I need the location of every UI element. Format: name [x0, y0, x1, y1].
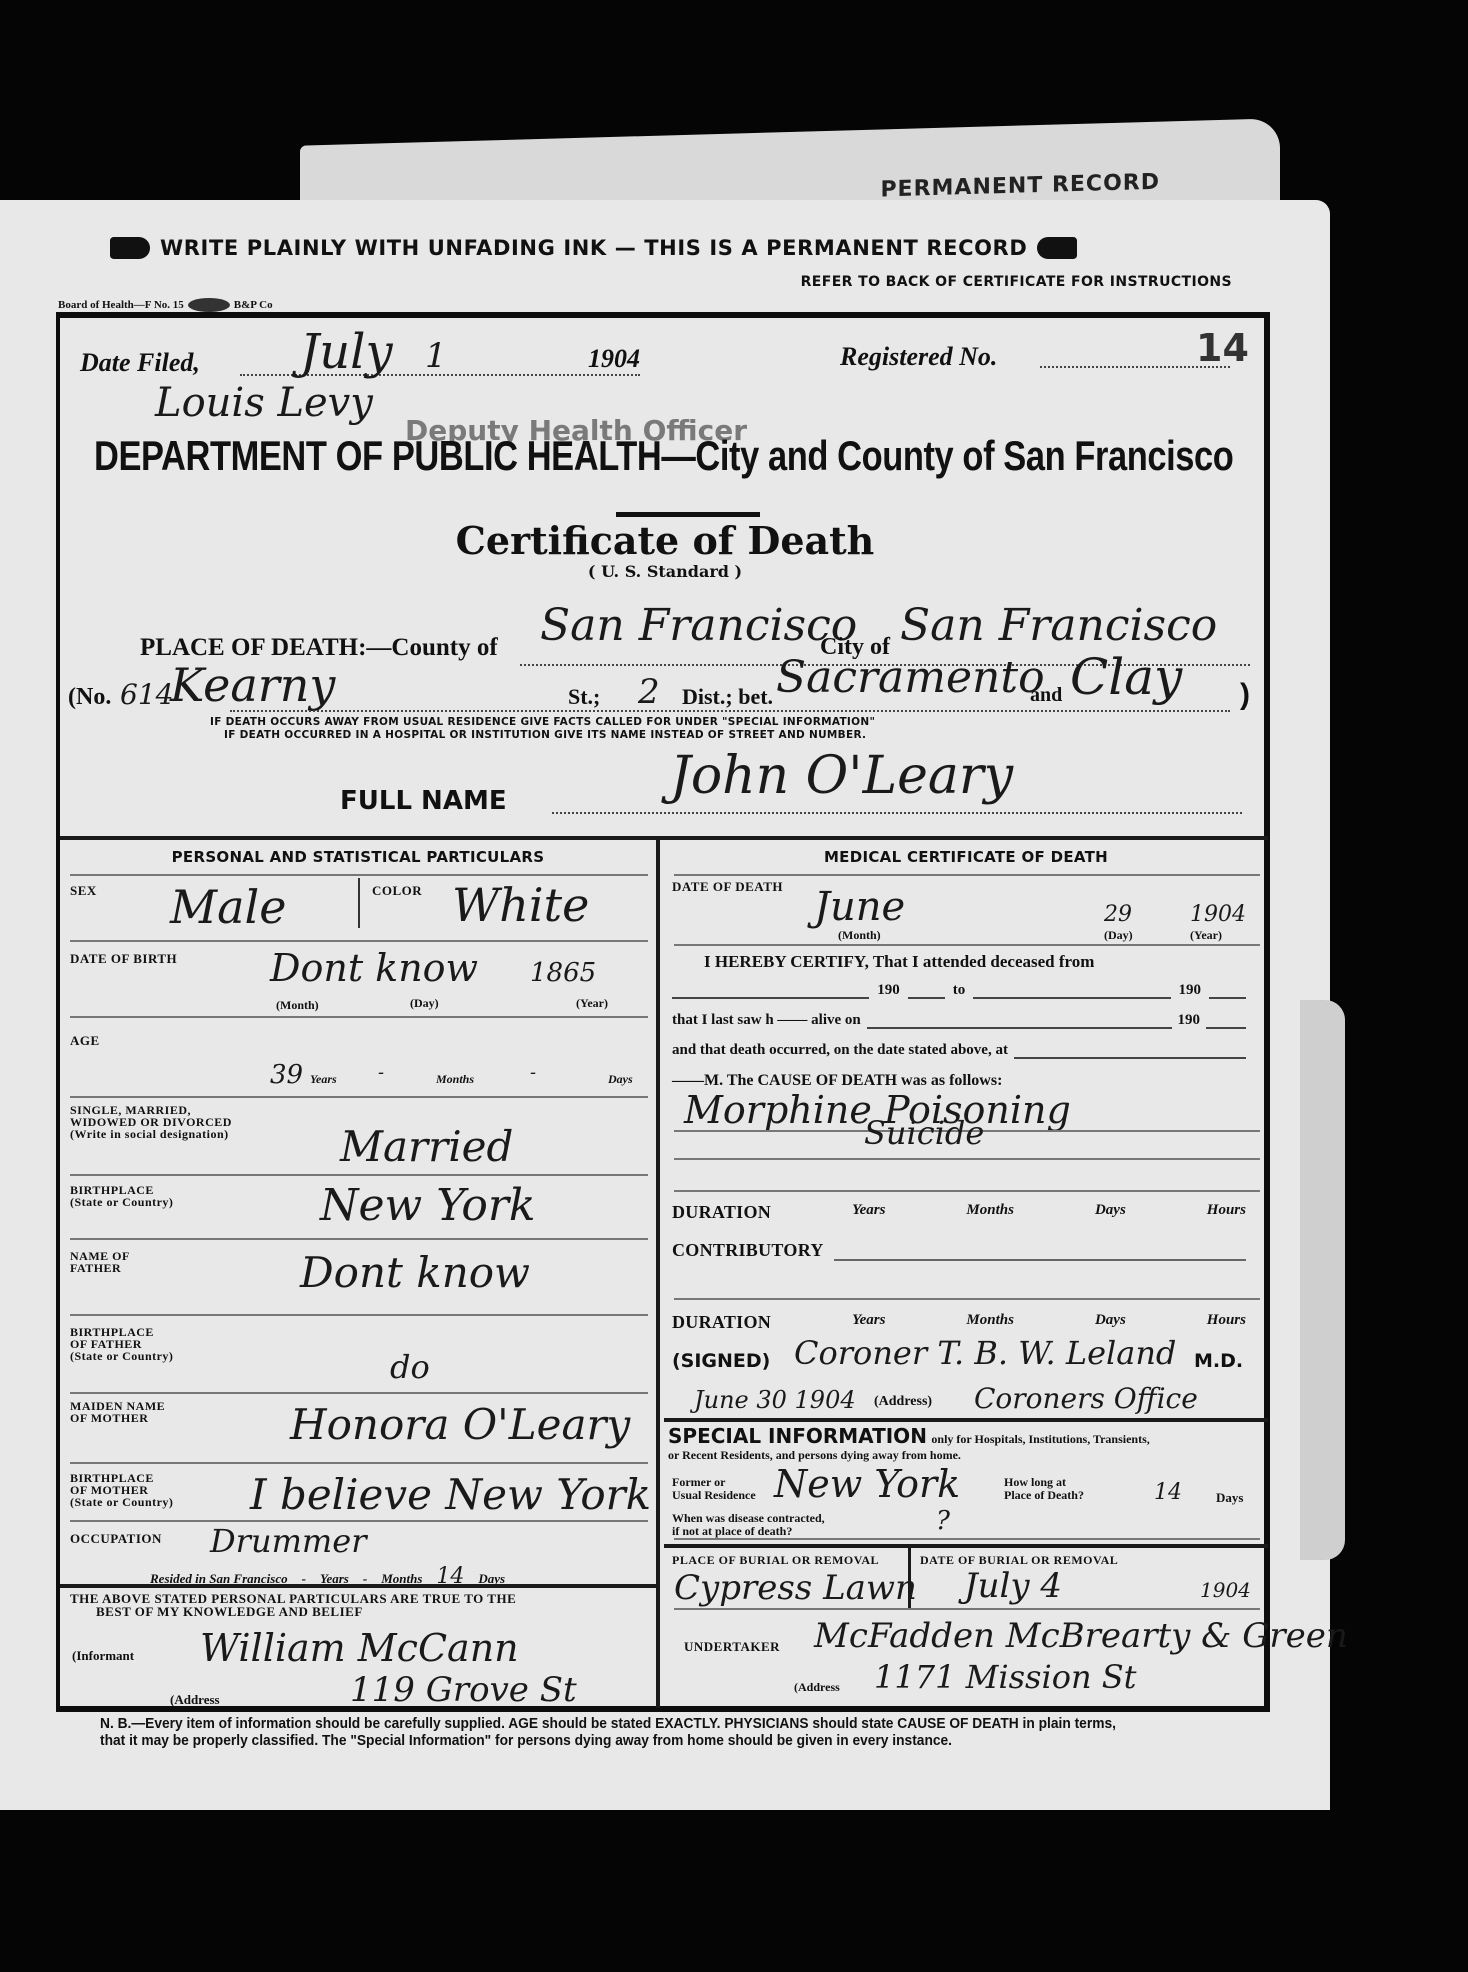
signed-date: June 30 1904: [694, 1386, 856, 1414]
row-divider: [70, 1174, 648, 1176]
how-long-unit: Days: [1216, 1490, 1243, 1506]
contracted-label-line: if not at place of death?: [672, 1525, 825, 1538]
contracted-label: When was disease contracted, if not at p…: [672, 1512, 825, 1538]
personal-heading: PERSONAL AND STATISTICAL PARTICULARS: [60, 848, 656, 866]
sex-value: Male: [170, 880, 286, 934]
row-divider: [674, 1158, 1260, 1160]
special-heading: SPECIAL INFORMATION only for Hospitals, …: [668, 1424, 1264, 1463]
cross-street-1: Sacramento: [776, 652, 1045, 703]
birthplace-label-line: (State or Country): [70, 1196, 173, 1208]
department-title: DEPARTMENT OF PUBLIC HEALTH—City and Cou…: [94, 432, 1037, 480]
father-birthplace-label: BIRTHPLACE OF FATHER (State or Country): [70, 1326, 173, 1362]
father-name-value: Dont know: [300, 1248, 530, 1297]
street-label: St.;: [568, 684, 600, 710]
certificate-title: Certificate of Death: [60, 518, 1270, 563]
age-months: -: [378, 1062, 384, 1083]
duration-days: Days: [1095, 1312, 1126, 1333]
address-note-line-2: IF DEATH OCCURRED IN A HOSPITAL OR INSTI…: [210, 729, 1150, 742]
birthplace-value: New York: [320, 1180, 536, 1231]
dob-day-caption: (Day): [410, 996, 439, 1011]
district-number: 2: [638, 672, 660, 712]
date-filed-day: 1: [425, 336, 447, 376]
informant-address-label: (Address: [170, 1692, 220, 1708]
special-heading-big: SPECIAL INFORMATION: [668, 1424, 927, 1448]
row-divider: [70, 1462, 648, 1464]
sex-color-divider: [358, 878, 360, 928]
registered-no-label: Registered No.: [840, 342, 997, 372]
residence-label-line: Usual Residence: [672, 1489, 756, 1502]
registered-no-value: 14: [1196, 326, 1249, 370]
to-label: to: [953, 982, 966, 999]
marital-status-label: SINGLE, MARRIED, WIDOWED OR DIVORCED (Wr…: [70, 1104, 232, 1140]
occupation-value: Drummer: [210, 1522, 366, 1560]
date-of-death-month: June: [814, 884, 905, 930]
burial-place: Cypress Lawn: [674, 1568, 917, 1608]
last-saw-text: that I last saw h —— alive on: [672, 1012, 861, 1029]
duration-hours: Hours: [1207, 1312, 1246, 1333]
date-filed-label: Date Filed,: [80, 348, 200, 378]
age-years: 39: [270, 1060, 303, 1090]
duration-hours: Hours: [1207, 1202, 1246, 1223]
age-days-caption: Days: [608, 1072, 633, 1087]
undertaker-address: 1171 Mission St: [874, 1658, 1137, 1696]
signature: Coroner T. B. W. Leland: [794, 1334, 1176, 1372]
address-close-paren: ): [1240, 678, 1250, 712]
marital-label-line: (Write in social designation): [70, 1128, 232, 1140]
burial-column-divider: [908, 1548, 911, 1608]
address-note: IF DEATH OCCURS AWAY FROM USUAL RESIDENC…: [210, 716, 1150, 742]
medical-certificate-section: MEDICAL CERTIFICATE OF DEATH DATE OF DEA…: [664, 840, 1268, 1708]
occurred-text: and that death occurred, on the date sta…: [672, 1042, 1008, 1059]
duration-years: Years: [852, 1202, 885, 1223]
birthplace-label: BIRTHPLACE (State or Country): [70, 1184, 173, 1208]
duration-years: Years: [852, 1312, 885, 1333]
burial-year: 1904: [1200, 1578, 1251, 1602]
attendance-period: 190 to 190: [672, 982, 1246, 999]
duration-label: DURATION: [672, 1202, 771, 1223]
certify-text: I HEREBY CERTIFY, That I attended deceas…: [704, 952, 1094, 972]
residence-label: Former or Usual Residence: [672, 1476, 756, 1502]
row-divider: [70, 1016, 648, 1018]
how-long-label: How long at Place of Death?: [1004, 1476, 1084, 1502]
cause-duration-row: DURATION Years Months Days Hours: [672, 1202, 1246, 1223]
pointing-hand-icon: [1037, 237, 1077, 259]
form-number: Board of Health—F No. 15 B&P Co: [58, 298, 273, 312]
mother-birthplace-label: BIRTHPLACE OF MOTHER (State or Country): [70, 1472, 173, 1508]
district-label: Dist.; bet.: [682, 684, 773, 710]
sex-label: SEX: [70, 884, 97, 897]
informant-address: 119 Grove St: [350, 1670, 577, 1710]
mother-label-line: OF MOTHER: [70, 1412, 165, 1424]
street-name: Kearny: [170, 658, 335, 712]
personal-particulars-section: PERSONAL AND STATISTICAL PARTICULARS SEX…: [60, 840, 660, 1708]
burial-date: July 4: [964, 1566, 1062, 1606]
undertaker-label: UNDERTAKER: [684, 1640, 780, 1653]
how-long-value: 14: [1154, 1480, 1182, 1505]
burial-place-label: PLACE OF BURIAL OR REMOVAL: [672, 1554, 879, 1567]
full-name-label: FULL NAME: [340, 786, 507, 816]
contributory-row: CONTRIBUTORY: [672, 1240, 1246, 1261]
address-line: [230, 710, 1230, 712]
dod-month-caption: (Month): [838, 928, 881, 943]
date-of-birth-label: DATE OF BIRTH: [70, 952, 177, 965]
father-birthplace-value: do: [390, 1348, 430, 1386]
row-divider: [674, 874, 1260, 876]
row-divider: [70, 1238, 648, 1240]
full-name-line: [552, 812, 1242, 814]
date-of-death-year: 1904: [1190, 902, 1246, 927]
duration-days: Days: [1095, 1202, 1126, 1223]
contributory-label: CONTRIBUTORY: [672, 1240, 824, 1261]
affirmation-text: THE ABOVE STATED PERSONAL PARTICULARS AR…: [70, 1592, 516, 1618]
footer-instructions: N. B.—Every item of information should b…: [100, 1716, 1126, 1750]
informant-label: (Informant: [72, 1648, 134, 1664]
mother-birthplace-value: I believe New York: [250, 1470, 651, 1519]
dod-day-caption: (Day): [1104, 928, 1133, 943]
date-filed-year: 1904: [588, 344, 640, 374]
dob-year-caption: (Year): [576, 996, 608, 1011]
certificate-subtitle: ( U. S. Standard ): [60, 562, 1270, 581]
row-divider: [674, 1298, 1260, 1300]
row-divider: [674, 1608, 1260, 1610]
row-divider: [674, 944, 1260, 946]
instructions-note: REFER TO BACK OF CERTIFICATE FOR INSTRUC…: [801, 274, 1232, 290]
burial-divider: [664, 1544, 1268, 1548]
death-county: San Francisco: [540, 600, 857, 651]
signed-label: (SIGNED): [672, 1350, 770, 1372]
certificate-form: Date Filed, July 1 1904 Registered No. 1…: [56, 312, 1270, 1712]
undertaker-address-label: (Address: [794, 1680, 840, 1695]
to-year-prefix: 190: [1179, 982, 1202, 999]
age-label: AGE: [70, 1034, 100, 1047]
father-name-label: NAME OF FATHER: [70, 1250, 130, 1274]
underlying-sheet-text: PERMANENT RECORD: [880, 170, 1160, 203]
marital-status-value: Married: [340, 1122, 513, 1171]
mother-name-label: MAIDEN NAME OF MOTHER: [70, 1400, 165, 1424]
signer-address: Coroners Office: [974, 1382, 1198, 1415]
title-divider: [616, 512, 760, 517]
special-heading-rest: only for Hospitals, Institutions, Transi…: [931, 1432, 1149, 1446]
father-label-line: FATHER: [70, 1262, 130, 1274]
medical-heading: MEDICAL CERTIFICATE OF DEATH: [664, 848, 1268, 866]
row-divider: [70, 1392, 648, 1394]
banner-text: WRITE PLAINLY WITH UNFADING INK — THIS I…: [160, 236, 1027, 260]
date-of-death-day: 29: [1104, 902, 1132, 927]
informant-divider: [60, 1584, 660, 1588]
informant-name: William McCann: [200, 1626, 519, 1670]
duration-label: DURATION: [672, 1312, 771, 1333]
cross-street-2: Clay: [1070, 648, 1182, 706]
mother-name-value: Honora O'Leary: [290, 1400, 630, 1449]
row-divider: [70, 940, 648, 942]
occurred-line: and that death occurred, on the date sta…: [672, 1042, 1246, 1059]
md-label: M.D.: [1194, 1350, 1243, 1372]
address-note-line-1: IF DEATH OCCURS AWAY FROM USUAL RESIDENC…: [210, 716, 1150, 729]
signer-address-label: (Address): [874, 1394, 932, 1410]
pointing-hand-icon: [110, 237, 150, 259]
color-label: COLOR: [372, 884, 422, 897]
last-seen-line: that I last saw h —— alive on 190: [672, 1012, 1246, 1029]
special-heading-line2: or Recent Residents, and persons dying a…: [668, 1448, 1264, 1463]
row-divider: [674, 1190, 1260, 1192]
from-year-prefix: 190: [877, 982, 900, 999]
row-divider: [674, 1538, 1260, 1540]
duration-months: Months: [966, 1202, 1014, 1223]
date-filed-month: July: [300, 324, 393, 380]
usual-residence: New York: [774, 1462, 960, 1506]
row-divider: [70, 874, 648, 876]
cause-of-death-secondary: Suicide: [864, 1114, 984, 1152]
date-of-birth-year: 1865: [530, 958, 596, 988]
row-divider: [70, 1314, 648, 1316]
age-months-caption: Months: [436, 1072, 474, 1087]
street-number-label: (No.: [68, 684, 111, 711]
full-name-value: John O'Leary: [670, 746, 1013, 806]
ink-banner: WRITE PLAINLY WITH UNFADING INK — THIS I…: [110, 236, 1210, 260]
and-label: and: [1030, 684, 1062, 707]
row-divider: [70, 1096, 648, 1098]
special-divider: [664, 1418, 1268, 1422]
age-years-caption: Years: [310, 1072, 337, 1087]
death-city: San Francisco: [900, 600, 1217, 651]
union-label-icon: [188, 298, 230, 312]
affirmation-line: BEST OF MY KNOWLEDGE AND BELIEF: [70, 1605, 516, 1618]
sheet-edge: [1300, 1000, 1345, 1560]
age-days: -: [530, 1062, 536, 1083]
date-of-death-label: DATE OF DEATH: [672, 880, 783, 893]
color-value: White: [452, 878, 589, 932]
last-saw-year-prefix: 190: [1178, 1012, 1201, 1029]
mother-birthplace-label-line: (State or Country): [70, 1496, 173, 1508]
contracted-value: ?: [936, 1506, 950, 1536]
undertaker-name: McFadden McBrearty & Green: [814, 1616, 1348, 1656]
date-of-birth-month-day: Dont know: [270, 946, 478, 990]
form-number-text: Board of Health—F No. 15: [58, 299, 184, 311]
duration-months: Months: [966, 1312, 1014, 1333]
occupation-label: OCCUPATION: [70, 1532, 162, 1545]
dob-month-caption: (Month): [276, 998, 319, 1013]
how-long-label-line: Place of Death?: [1004, 1489, 1084, 1502]
street-number: 614: [120, 678, 173, 711]
health-officer-signature: Louis Levy: [155, 380, 373, 426]
contributory-duration-row: DURATION Years Months Days Hours: [672, 1312, 1246, 1333]
printer-text: B&P Co: [234, 299, 273, 311]
father-birthplace-label-line: (State or Country): [70, 1350, 173, 1362]
dod-year-caption: (Year): [1190, 928, 1222, 943]
